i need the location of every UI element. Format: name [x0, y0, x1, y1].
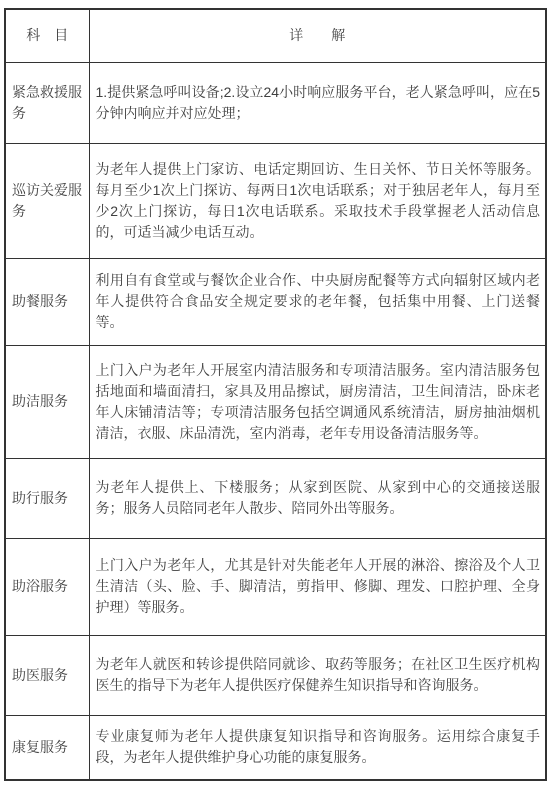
- detail-cell: 上门入户为老年人，尤其是针对失能老年人开展的淋浴、擦浴及个人卫生清洁（头、脸、手…: [89, 538, 546, 635]
- subject-cell: 助餐服务: [5, 258, 89, 345]
- elderly-services-table: 科 目 详 解 紧急救援服务 1.提供紧急呼叫设备;2.设立24小时响应服务平台…: [4, 8, 547, 781]
- table-row-emergency-rescue: 紧急救援服务 1.提供紧急呼叫设备;2.设立24小时响应服务平台，老人紧急呼叫，…: [5, 62, 546, 143]
- subject-cell: 助医服务: [5, 635, 89, 715]
- table-row-medical-assistance: 助医服务 为老年人就医和转诊提供陪同就诊、取药等服务；在社区卫生医疗机构医生的指…: [5, 635, 546, 715]
- detail-column-header: 详 解: [89, 9, 546, 62]
- table-row-cleaning-assistance: 助洁服务 上门入户为老年人开展室内清洁服务和专项清洁服务。室内清洁服务包括地面和…: [5, 345, 546, 458]
- detail-cell: 为老年人提供上门家访、电话定期回访、生日关怀、节日关怀等服务。每月至少1次上门探…: [89, 143, 546, 258]
- detail-cell: 上门入户为老年人开展室内清洁服务和专项清洁服务。室内清洁服务包括地面和墙面清扫，…: [89, 345, 546, 458]
- table-row-rehabilitation: 康复服务 专业康复师为老年人提供康复知识指导和咨询服务。运用综合康复手段，为老年…: [5, 715, 546, 780]
- subject-cell: 康复服务: [5, 715, 89, 780]
- header-row: 科 目 详 解: [5, 9, 546, 62]
- document-page: 科 目 详 解 紧急救援服务 1.提供紧急呼叫设备;2.设立24小时响应服务平台…: [0, 0, 548, 781]
- detail-cell: 为老年人提供上、下楼服务；从家到医院、从家到中心的交通接送服务；服务人员陪同老年…: [89, 458, 546, 538]
- detail-cell: 为老年人就医和转诊提供陪同就诊、取药等服务；在社区卫生医疗机构医生的指导下为老年…: [89, 635, 546, 715]
- subject-cell: 助洁服务: [5, 345, 89, 458]
- subject-cell: 巡访关爱服务: [5, 143, 89, 258]
- subject-cell: 紧急救援服务: [5, 62, 89, 143]
- subject-column-header: 科 目: [5, 9, 89, 62]
- table-row-visiting-care: 巡访关爱服务 为老年人提供上门家访、电话定期回访、生日关怀、节日关怀等服务。每月…: [5, 143, 546, 258]
- table-header: 科 目 详 解: [5, 9, 546, 62]
- subject-cell: 助浴服务: [5, 538, 89, 635]
- detail-cell: 1.提供紧急呼叫设备;2.设立24小时响应服务平台，老人紧急呼叫，应在5分钟内响…: [89, 62, 546, 143]
- table-row-meal-assistance: 助餐服务 利用自有食堂或与餐饮企业合作、中央厨房配餐等方式向辐射区域内老年人提供…: [5, 258, 546, 345]
- detail-cell: 利用自有食堂或与餐饮企业合作、中央厨房配餐等方式向辐射区域内老年人提供符合食品安…: [89, 258, 546, 345]
- subject-cell: 助行服务: [5, 458, 89, 538]
- detail-cell: 专业康复师为老年人提供康复知识指导和咨询服务。运用综合康复手段，为老年人提供维护…: [89, 715, 546, 780]
- table-row-bathing-assistance: 助浴服务 上门入户为老年人，尤其是针对失能老年人开展的淋浴、擦浴及个人卫生清洁（…: [5, 538, 546, 635]
- table-row-mobility-assistance: 助行服务 为老年人提供上、下楼服务；从家到医院、从家到中心的交通接送服务；服务人…: [5, 458, 546, 538]
- table-body: 紧急救援服务 1.提供紧急呼叫设备;2.设立24小时响应服务平台，老人紧急呼叫，…: [5, 62, 546, 780]
